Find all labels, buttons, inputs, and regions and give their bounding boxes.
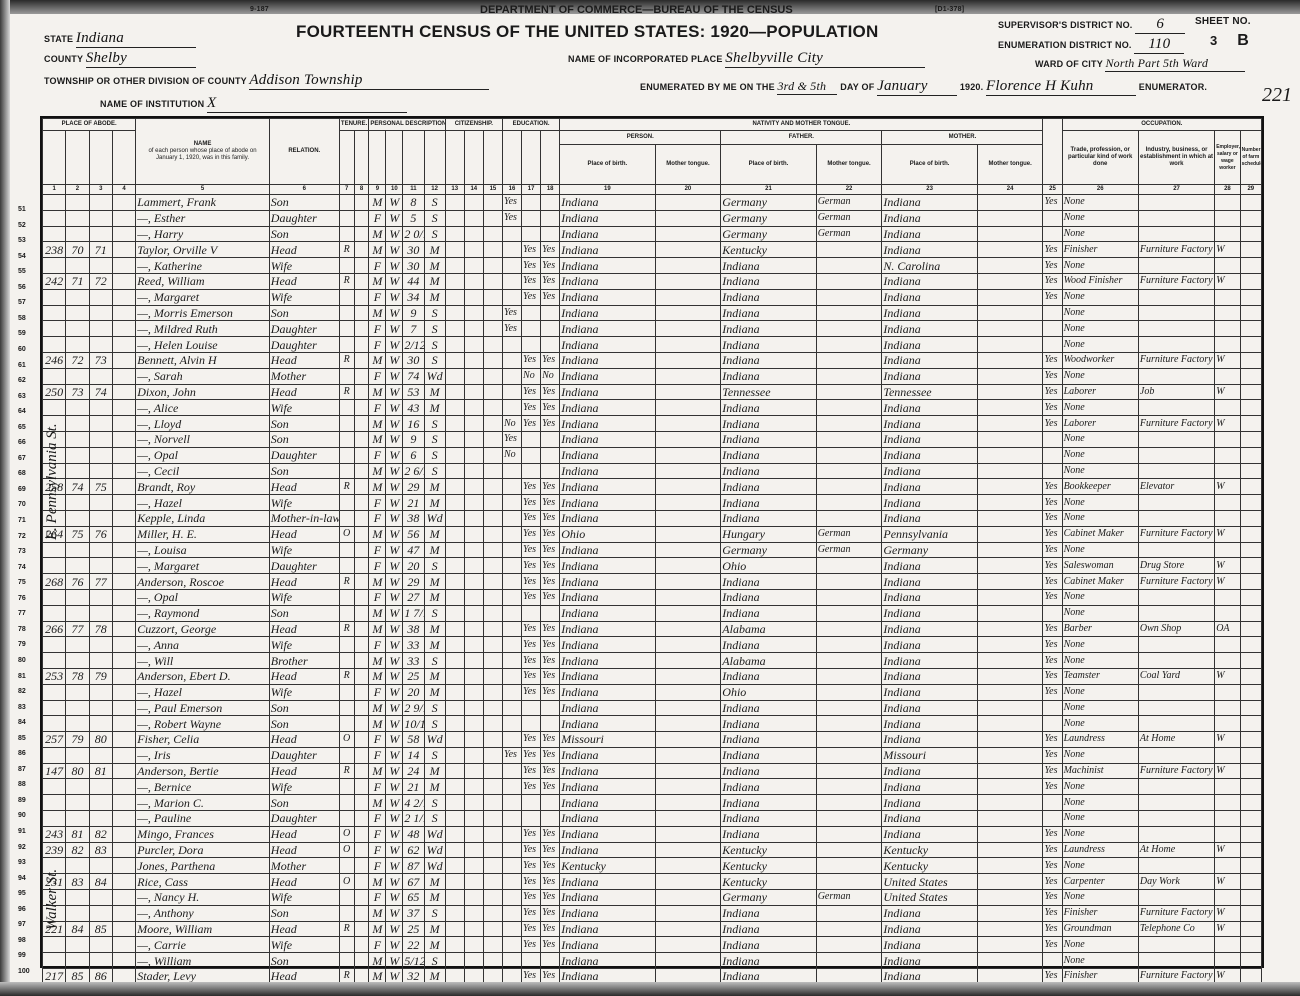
empty-cell [1240, 447, 1261, 463]
mother-birthplace: Indiana [882, 210, 977, 226]
empty-cell [445, 589, 464, 605]
table-row: —, WilliamSonMW5/12SIndianaIndianaIndian… [43, 953, 1262, 969]
age: 2 0/12 [403, 226, 424, 242]
empty-cell [464, 779, 483, 795]
empty-cell [977, 542, 1043, 558]
employment-class [1215, 953, 1240, 969]
line-number: 94 [18, 875, 26, 882]
birthplace: Indiana [560, 558, 655, 574]
person-name: —, Louisa [136, 542, 270, 558]
empty-cell [354, 874, 369, 890]
race: W [386, 826, 403, 842]
can-read: Yes [522, 684, 541, 700]
can-read: Yes [522, 574, 541, 590]
street-number [43, 684, 66, 700]
home-tenure [339, 510, 354, 526]
home-tenure [339, 463, 354, 479]
column-number: 1 [43, 185, 66, 195]
empty-cell [354, 653, 369, 669]
industry [1138, 195, 1214, 211]
sex: M [369, 605, 386, 621]
table-row: —, PaulineDaughterFW2 1/12SIndianaIndian… [43, 811, 1262, 827]
occupation: None [1062, 684, 1138, 700]
empty-cell [483, 321, 502, 337]
empty-cell [464, 258, 483, 274]
relation: Head [269, 668, 339, 684]
relation: Daughter [269, 558, 339, 574]
empty-cell [112, 732, 135, 748]
speaks-english: Yes [1043, 510, 1062, 526]
age: 30 [403, 242, 424, 258]
line-number: 64 [18, 408, 26, 415]
home-tenure: O [339, 826, 354, 842]
empty-cell [464, 447, 483, 463]
empty-cell [354, 605, 369, 621]
relation: Head [269, 874, 339, 890]
can-read: Yes [522, 826, 541, 842]
person-name: Reed, William [136, 273, 270, 289]
dwelling-number [66, 542, 89, 558]
empty-cell [354, 384, 369, 400]
home-tenure [339, 258, 354, 274]
industry [1138, 400, 1214, 416]
home-tenure: R [339, 621, 354, 637]
home-tenure: R [339, 273, 354, 289]
empty-cell [445, 526, 464, 542]
father-mother-tongue [816, 763, 882, 779]
empty-cell [445, 289, 464, 305]
industry [1138, 637, 1214, 653]
speaks-english: Yes [1043, 890, 1062, 906]
can-read: Yes [522, 526, 541, 542]
can-write [541, 716, 560, 732]
industry [1138, 305, 1214, 321]
occupation: None [1062, 653, 1138, 669]
can-write: Yes [541, 242, 560, 258]
sex: M [369, 226, 386, 242]
line-number: 62 [18, 377, 26, 384]
father-birthplace: Hungary [721, 526, 816, 542]
can-write: Yes [541, 510, 560, 526]
empty-cell [483, 258, 502, 274]
empty-cell [464, 905, 483, 921]
father-birthplace: Ohio [721, 684, 816, 700]
empty-cell [445, 621, 464, 637]
empty-cell [112, 258, 135, 274]
age: 30 [403, 352, 424, 368]
subgroup-mother: MOTHER. [882, 131, 1043, 145]
sex: M [369, 795, 386, 811]
occupation: None [1062, 447, 1138, 463]
column-number-row: 1234567891011121314151617181920212223242… [43, 185, 1262, 195]
can-write: Yes [541, 258, 560, 274]
column-number: 9 [369, 185, 386, 195]
empty-cell [977, 621, 1043, 637]
home-tenure: O [339, 842, 354, 858]
father-birthplace: Indiana [721, 400, 816, 416]
empty-cell [354, 400, 369, 416]
empty-cell [483, 747, 502, 763]
street-number: 239 [43, 842, 66, 858]
family-number: 71 [89, 242, 112, 258]
sex: F [369, 779, 386, 795]
mother-birthplace: Germany [882, 542, 977, 558]
race: W [386, 258, 403, 274]
mother-birthplace: Indiana [882, 305, 977, 321]
home-tenure [339, 953, 354, 969]
employment-class: W [1215, 384, 1240, 400]
age: 62 [403, 842, 424, 858]
industry: Furniture Factory [1138, 273, 1214, 289]
father-mother-tongue [816, 779, 882, 795]
line-number: 73 [18, 548, 26, 555]
empty-cell [1240, 289, 1261, 305]
home-tenure: R [339, 668, 354, 684]
age: 1 7/12 [403, 605, 424, 621]
empty-cell [483, 826, 502, 842]
attended-school [502, 826, 521, 842]
sex: M [369, 700, 386, 716]
father-birthplace: Indiana [721, 763, 816, 779]
age: 29 [403, 574, 424, 590]
empty-cell [655, 526, 721, 542]
person-name: —, Margaret [136, 289, 270, 305]
industry: Day Work [1138, 874, 1214, 890]
home-tenure [339, 195, 354, 211]
race: W [386, 242, 403, 258]
occupation: None [1062, 210, 1138, 226]
table-row: 2467273Bennett, Alvin HHeadRMW30SYesYesI… [43, 352, 1262, 368]
marital-status: S [424, 431, 445, 447]
race: W [386, 479, 403, 495]
empty-cell [977, 890, 1043, 906]
sheet-side: B [1237, 32, 1249, 49]
can-read: Yes [522, 495, 541, 511]
empty-cell [354, 905, 369, 921]
empty-cell [1240, 732, 1261, 748]
empty-cell [354, 479, 369, 495]
race: W [386, 463, 403, 479]
speaks-english: Yes [1043, 732, 1062, 748]
marital-status: M [424, 589, 445, 605]
relation: Wife [269, 542, 339, 558]
empty-cell [655, 242, 721, 258]
dwelling-number [66, 321, 89, 337]
father-mother-tongue [816, 811, 882, 827]
column-number: 2 [66, 185, 89, 195]
empty-cell [354, 826, 369, 842]
race: W [386, 384, 403, 400]
birthplace: Indiana [560, 195, 655, 211]
birthplace: Indiana [560, 779, 655, 795]
empty-cell [1240, 368, 1261, 384]
can-read: Yes [522, 258, 541, 274]
street-number: 147 [43, 763, 66, 779]
birthplace: Indiana [560, 337, 655, 353]
empty-cell [483, 479, 502, 495]
marital-status: M [424, 400, 445, 416]
age: 33 [403, 653, 424, 669]
dwelling-number [66, 416, 89, 432]
empty-cell [464, 684, 483, 700]
empty-cell [1240, 195, 1261, 211]
empty-cell [445, 416, 464, 432]
empty-cell [112, 431, 135, 447]
birthplace: Indiana [560, 795, 655, 811]
mother-birthplace: Indiana [882, 684, 977, 700]
family-number [89, 447, 112, 463]
empty-cell [655, 431, 721, 447]
can-write: Yes [541, 621, 560, 637]
form-code: 9-187 [250, 6, 269, 13]
scan-border-bottom [0, 982, 1300, 996]
attended-school [502, 558, 521, 574]
family-number [89, 542, 112, 558]
father-birthplace: Indiana [721, 273, 816, 289]
empty-cell [445, 384, 464, 400]
mother-birthplace: Indiana [882, 510, 977, 526]
mother-birthplace: Indiana [882, 447, 977, 463]
person-name: —, Cecil [136, 463, 270, 479]
dwelling-number: 78 [66, 668, 89, 684]
relation: Wife [269, 400, 339, 416]
column-number: 14 [464, 185, 483, 195]
marital-status: S [424, 605, 445, 621]
industry [1138, 826, 1214, 842]
race: W [386, 605, 403, 621]
family-number [89, 258, 112, 274]
table-row: —, RaymondSonMW1 7/12SIndianaIndianaIndi… [43, 605, 1262, 621]
home-tenure [339, 305, 354, 321]
empty-cell [483, 684, 502, 700]
mother-birthplace: Indiana [882, 637, 977, 653]
mother-birthplace: Indiana [882, 716, 977, 732]
marital-status: M [424, 289, 445, 305]
home-tenure: R [339, 574, 354, 590]
empty-cell [1240, 337, 1261, 353]
empty-cell [483, 589, 502, 605]
line-number: 80 [18, 657, 26, 664]
birthplace: Indiana [560, 305, 655, 321]
speaks-english: Yes [1043, 400, 1062, 416]
empty-cell [1240, 716, 1261, 732]
employment-class: W [1215, 526, 1240, 542]
home-tenure [339, 811, 354, 827]
age: 87 [403, 858, 424, 874]
attended-school [502, 400, 521, 416]
empty-cell [655, 400, 721, 416]
relation: Head [269, 826, 339, 842]
empty-cell [1240, 905, 1261, 921]
can-read: Yes [522, 621, 541, 637]
line-number: 57 [18, 299, 26, 306]
industry: Own Shop [1138, 621, 1214, 637]
attended-school [502, 937, 521, 953]
can-read: Yes [522, 558, 541, 574]
relation: Daughter [269, 447, 339, 463]
industry [1138, 210, 1214, 226]
race: W [386, 195, 403, 211]
sex: M [369, 653, 386, 669]
occupation: None [1062, 431, 1138, 447]
dwelling-number [66, 258, 89, 274]
dwelling-number [66, 463, 89, 479]
line-number: 69 [18, 486, 26, 493]
can-read [522, 321, 541, 337]
family-number [89, 368, 112, 384]
empty-cell [445, 937, 464, 953]
can-write: Yes [541, 384, 560, 400]
line-number: 56 [18, 284, 26, 291]
empty-cell [1240, 668, 1261, 684]
father-birthplace: Indiana [721, 937, 816, 953]
person-name: —, Esther [136, 210, 270, 226]
birthplace: Indiana [560, 684, 655, 700]
empty-cell [1240, 510, 1261, 526]
attended-school [502, 763, 521, 779]
empty-cell [354, 495, 369, 511]
empty-cell [112, 653, 135, 669]
employment-class [1215, 716, 1240, 732]
occupation: Finisher [1062, 242, 1138, 258]
can-read: Yes [522, 416, 541, 432]
sheet-number: 3 B [1210, 32, 1249, 50]
empty-cell [112, 526, 135, 542]
occupation: Cabinet Maker [1062, 526, 1138, 542]
relation: Head [269, 526, 339, 542]
family-number [89, 637, 112, 653]
sex: M [369, 716, 386, 732]
empty-cell [655, 321, 721, 337]
employment-class [1215, 258, 1240, 274]
empty-cell [1240, 890, 1261, 906]
dwelling-number: 73 [66, 384, 89, 400]
sex: M [369, 431, 386, 447]
empty-cell [464, 352, 483, 368]
empty-cell [464, 195, 483, 211]
relation: Son [269, 953, 339, 969]
dwelling-number [66, 700, 89, 716]
attended-school: No [502, 416, 521, 432]
empty-cell [977, 668, 1043, 684]
speaks-english: Yes [1043, 621, 1062, 637]
marital-status: S [424, 210, 445, 226]
empty-cell [1240, 826, 1261, 842]
employment-class [1215, 447, 1240, 463]
employment-class [1215, 289, 1240, 305]
street-number [43, 700, 66, 716]
speaks-english: Yes [1043, 242, 1062, 258]
occupation: Groundman [1062, 921, 1138, 937]
attended-school [502, 258, 521, 274]
empty-cell [483, 763, 502, 779]
empty-cell [483, 716, 502, 732]
birthplace: Indiana [560, 495, 655, 511]
birthplace: Indiana [560, 716, 655, 732]
race: W [386, 890, 403, 906]
dwelling-number [66, 747, 89, 763]
industry [1138, 321, 1214, 337]
race: W [386, 510, 403, 526]
can-write: Yes [541, 574, 560, 590]
table-row: —, IrisDaughterFW14SYesYesYesIndianaIndi… [43, 747, 1262, 763]
marital-status: M [424, 921, 445, 937]
industry [1138, 890, 1214, 906]
empty-cell [483, 242, 502, 258]
sex: F [369, 368, 386, 384]
family-number [89, 337, 112, 353]
age: 9 [403, 305, 424, 321]
family-number [89, 589, 112, 605]
family-number [89, 937, 112, 953]
attended-school [502, 668, 521, 684]
race: W [386, 447, 403, 463]
empty-cell [977, 210, 1043, 226]
speaks-english: Yes [1043, 542, 1062, 558]
empty-cell [483, 447, 502, 463]
empty-cell [445, 226, 464, 242]
occupation: Cabinet Maker [1062, 574, 1138, 590]
speaks-english: Yes [1043, 826, 1062, 842]
industry [1138, 258, 1214, 274]
attended-school [502, 574, 521, 590]
employment-class [1215, 795, 1240, 811]
empty-cell [655, 795, 721, 811]
empty-cell [483, 352, 502, 368]
group-citizenship: CITIZENSHIP. [445, 119, 502, 131]
home-tenure: R [339, 921, 354, 937]
empty-cell [464, 858, 483, 874]
race: W [386, 526, 403, 542]
family-number [89, 905, 112, 921]
sex: F [369, 937, 386, 953]
empty-cell [655, 384, 721, 400]
employment-class [1215, 195, 1240, 211]
employment-class [1215, 542, 1240, 558]
mother-birthplace: Indiana [882, 195, 977, 211]
employment-class [1215, 337, 1240, 353]
occupation: None [1062, 305, 1138, 321]
relation: Head [269, 763, 339, 779]
column-number: 19 [560, 185, 655, 195]
sex: F [369, 289, 386, 305]
age: 25 [403, 921, 424, 937]
race: W [386, 668, 403, 684]
employment-class [1215, 321, 1240, 337]
line-number: 90 [18, 812, 26, 819]
empty-cell [445, 700, 464, 716]
sex: F [369, 732, 386, 748]
father-birthplace: Germany [721, 226, 816, 242]
empty-cell [445, 542, 464, 558]
empty-cell [464, 795, 483, 811]
empty-cell [483, 795, 502, 811]
relation: Wife [269, 495, 339, 511]
empty-cell [112, 510, 135, 526]
empty-cell [464, 526, 483, 542]
father-birthplace: Germany [721, 890, 816, 906]
empty-cell [1240, 921, 1261, 937]
empty-cell [483, 337, 502, 353]
relation: Mother [269, 858, 339, 874]
line-number: 77 [18, 610, 26, 617]
street-number [43, 795, 66, 811]
mother-birthplace: Indiana [882, 289, 977, 305]
can-write [541, 463, 560, 479]
attended-school: Yes [502, 321, 521, 337]
person-name: —, William [136, 953, 270, 969]
street-number: 243 [43, 826, 66, 842]
